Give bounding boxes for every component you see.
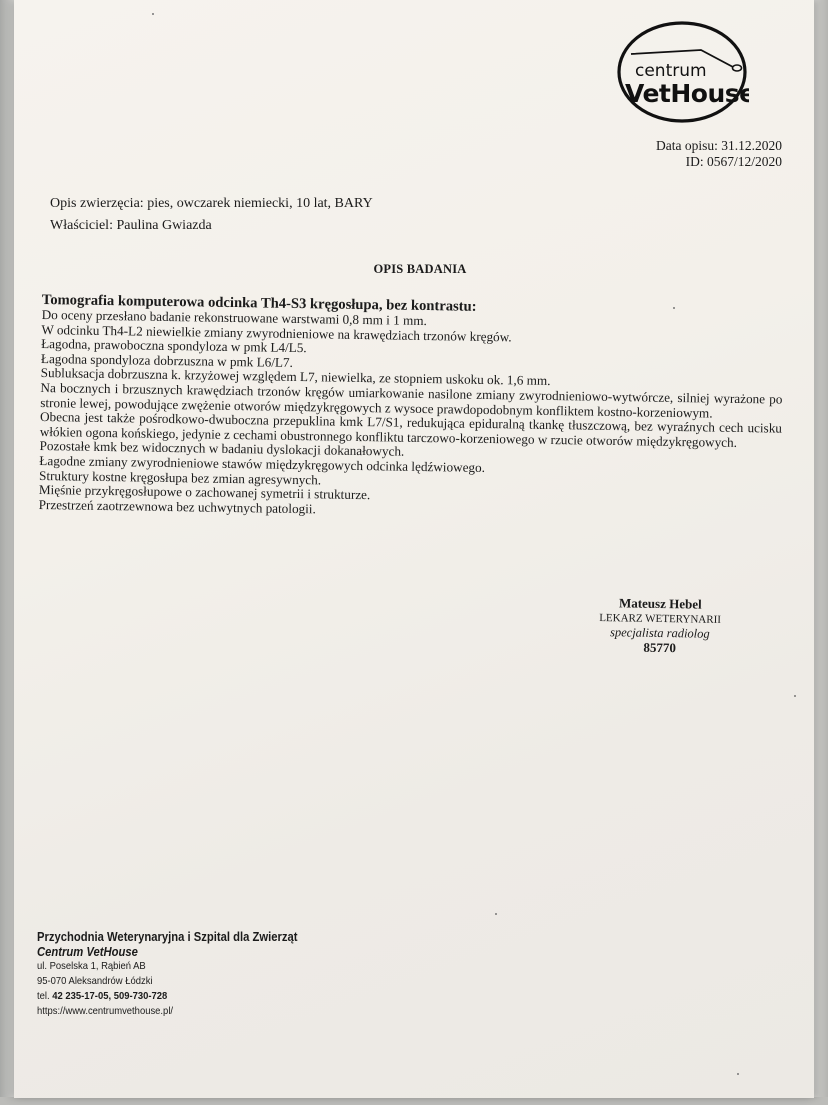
animal-description-label: Opis zwierzęcia: bbox=[50, 196, 144, 211]
report-date-label: Data opisu: bbox=[656, 138, 718, 153]
signature-block: Mateusz Hebel LEKARZ WETERYNARII specjal… bbox=[585, 596, 736, 656]
svg-text:centrum: centrum bbox=[635, 61, 707, 81]
vethouse-logo: centrum VetHouse bbox=[615, 20, 749, 124]
doctor-license-number: 85770 bbox=[585, 639, 735, 656]
clinic-address-line1: ul. Poselska 1, Rąbień AB bbox=[37, 959, 297, 974]
paper-speck bbox=[673, 307, 675, 309]
clinic-phone-label: tel. bbox=[37, 990, 50, 1002]
paper-speck bbox=[794, 695, 796, 697]
report-body: Tomografia komputerowa odcinka Th4-S3 kr… bbox=[39, 292, 784, 524]
paper-speck bbox=[737, 1073, 739, 1075]
paper-speck bbox=[495, 913, 497, 915]
report-date: Data opisu: 31.12.2020 bbox=[656, 138, 782, 154]
clinic-phone: tel. 42 235-17-05, 509-730-728 bbox=[37, 989, 297, 1004]
clinic-brand: Centrum VetHouse bbox=[37, 945, 297, 960]
animal-description-value: pies, owczarek niemiecki, 10 lat, BARY bbox=[147, 196, 373, 211]
clinic-address-line2: 95-070 Aleksandrów Łódzki bbox=[37, 974, 297, 989]
photo-background-bottom bbox=[0, 1097, 828, 1105]
report-title: OPIS BADANIA bbox=[0, 262, 828, 277]
clinic-organization: Przychodnia Weterynaryjna i Szpital dla … bbox=[37, 930, 297, 945]
clinic-footer: Przychodnia Weterynaryjna i Szpital dla … bbox=[37, 930, 297, 1018]
owner-value: Paulina Gwiazda bbox=[116, 218, 211, 233]
report-date-value: 31.12.2020 bbox=[721, 138, 782, 153]
svg-text:VetHouse: VetHouse bbox=[625, 79, 749, 108]
paper-speck bbox=[152, 13, 154, 15]
patient-info: Opis zwierzęcia: pies, owczarek niemieck… bbox=[50, 193, 373, 237]
logo-emblem-icon: centrum VetHouse bbox=[615, 20, 749, 124]
report-id-value: 0567/12/2020 bbox=[707, 154, 782, 169]
clinic-website[interactable]: https://www.centrumvethouse.pl/ bbox=[37, 1004, 297, 1019]
owner-label: Właściciel: bbox=[50, 218, 113, 233]
doctor-role: LEKARZ WETERYNARII bbox=[585, 610, 735, 627]
clinic-phone-numbers: 42 235-17-05, 509-730-728 bbox=[52, 990, 167, 1002]
report-meta: Data opisu: 31.12.2020 ID: 0567/12/2020 bbox=[656, 138, 782, 170]
report-id: ID: 0567/12/2020 bbox=[656, 154, 782, 170]
animal-description: Opis zwierzęcia: pies, owczarek niemieck… bbox=[50, 193, 373, 215]
report-id-label: ID: bbox=[686, 154, 704, 169]
owner: Właściciel: Paulina Gwiazda bbox=[50, 215, 373, 237]
